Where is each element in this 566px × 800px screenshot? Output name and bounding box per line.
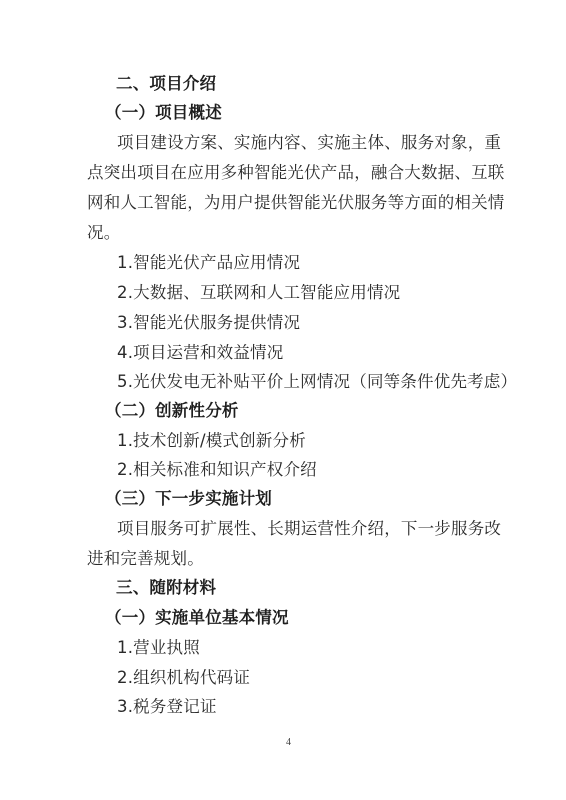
list-item: 3.税务登记证 [117, 697, 513, 717]
page-number: 4 [286, 737, 291, 748]
list-item: 4.项目运营和效益情况 [117, 343, 513, 363]
paragraph-line: 点突出项目在应用多种智能光伏产品，融合大数据、互联 [87, 163, 483, 183]
subsection-heading: （二）创新性分析 [105, 401, 501, 421]
paragraph-line: 项目建设方案、实施内容、实施主体、服务对象，重 [117, 133, 482, 153]
paragraph-line: 网和人工智能，为用户提供智能光伏服务等方面的相关情 [87, 193, 483, 213]
subsection-heading: （一）实施单位基本情况 [105, 608, 501, 628]
list-item: 3.智能光伏服务提供情况 [117, 313, 513, 333]
paragraph-line: 项目服务可扩展性、长期运营性介绍，下一步服务改 [117, 519, 482, 539]
list-item: 2.相关标准和知识产权介绍 [117, 460, 513, 480]
document-page: 二、项目介绍 （一）项目概述 项目建设方案、实施内容、实施主体、服务对象，重 点… [0, 0, 566, 800]
list-item: 5.光伏发电无补贴平价上网情况（同等条件优先考虑） [117, 372, 513, 392]
section-heading: 二、项目介绍 [116, 74, 512, 94]
list-item: 1.技术创新/模式创新分析 [117, 431, 513, 451]
list-item: 1.智能光伏产品应用情况 [117, 253, 513, 273]
list-item: 2.大数据、互联网和人工智能应用情况 [117, 283, 513, 303]
section-heading: 三、随附材料 [116, 578, 512, 598]
paragraph-line: 进和完善规划。 [87, 549, 483, 569]
list-item: 2.组织机构代码证 [117, 668, 513, 688]
subsection-heading: （一）项目概述 [105, 103, 501, 123]
list-item: 1.营业执照 [117, 638, 513, 658]
subsection-heading: （三）下一步实施计划 [105, 489, 501, 509]
paragraph-line: 况。 [87, 223, 483, 243]
